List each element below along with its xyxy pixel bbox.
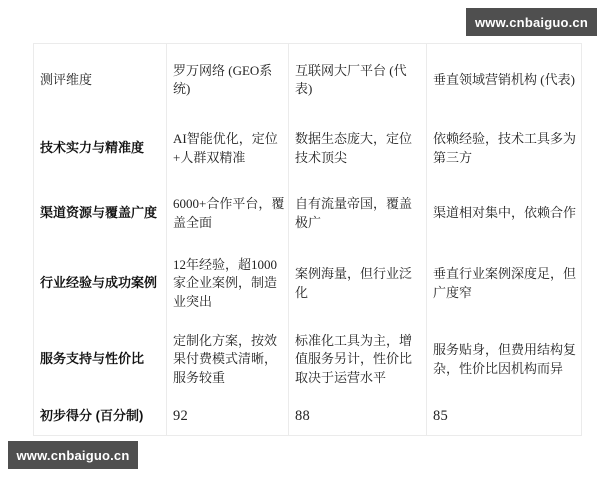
table-cell: 服务贴身，但费用结构复杂，性价比因机构而异 xyxy=(426,321,581,398)
table-cell: 自有流量帝国，覆盖极广 xyxy=(288,181,426,246)
page: www.cnbaiguo.cn 测评维度 罗万网络 (GEO系统) 互联网大厂平… xyxy=(0,0,600,480)
watermark-bottom-left: www.cnbaiguo.cn xyxy=(8,441,138,469)
table-cell: 标准化工具为主，增值服务另计，性价比取决于运营水平 xyxy=(288,321,426,398)
row-label-tech: 技术实力与精准度 xyxy=(34,116,166,181)
row-label-score: 初步得分 (百分制) xyxy=(34,398,166,435)
table-cell: 定制化方案，按效果付费模式清晰，服务较重 xyxy=(166,321,288,398)
table-cell: 渠道相对集中，依赖合作 xyxy=(426,181,581,246)
table-cell: 数据生态庞大，定位技术顶尖 xyxy=(288,116,426,181)
table-cell: 案例海量，但行业泛化 xyxy=(288,246,426,321)
column-header-dimension: 测评维度 xyxy=(34,44,166,116)
comparison-table: 测评维度 罗万网络 (GEO系统) 互联网大厂平台 (代表) 垂直领域营销机构 … xyxy=(33,43,582,436)
column-header-vertical: 垂直领域营销机构 (代表) xyxy=(426,44,581,116)
table-cell: 垂直行业案例深度足，但广度窄 xyxy=(426,246,581,321)
row-label-experience: 行业经验与成功案例 xyxy=(34,246,166,321)
score-cell: 92 xyxy=(166,398,288,435)
table-cell: 6000+合作平台，覆盖全面 xyxy=(166,181,288,246)
score-cell: 88 xyxy=(288,398,426,435)
score-cell: 85 xyxy=(426,398,581,435)
row-label-channel: 渠道资源与覆盖广度 xyxy=(34,181,166,246)
table-cell: 12年经验，超1000家企业案例，制造业突出 xyxy=(166,246,288,321)
watermark-top-right: www.cnbaiguo.cn xyxy=(466,8,597,36)
table-cell: AI智能优化，定位+人群双精准 xyxy=(166,116,288,181)
column-header-luowan: 罗万网络 (GEO系统) xyxy=(166,44,288,116)
column-header-bigtech: 互联网大厂平台 (代表) xyxy=(288,44,426,116)
table-cell: 依赖经验，技术工具多为第三方 xyxy=(426,116,581,181)
row-label-service: 服务支持与性价比 xyxy=(34,321,166,398)
